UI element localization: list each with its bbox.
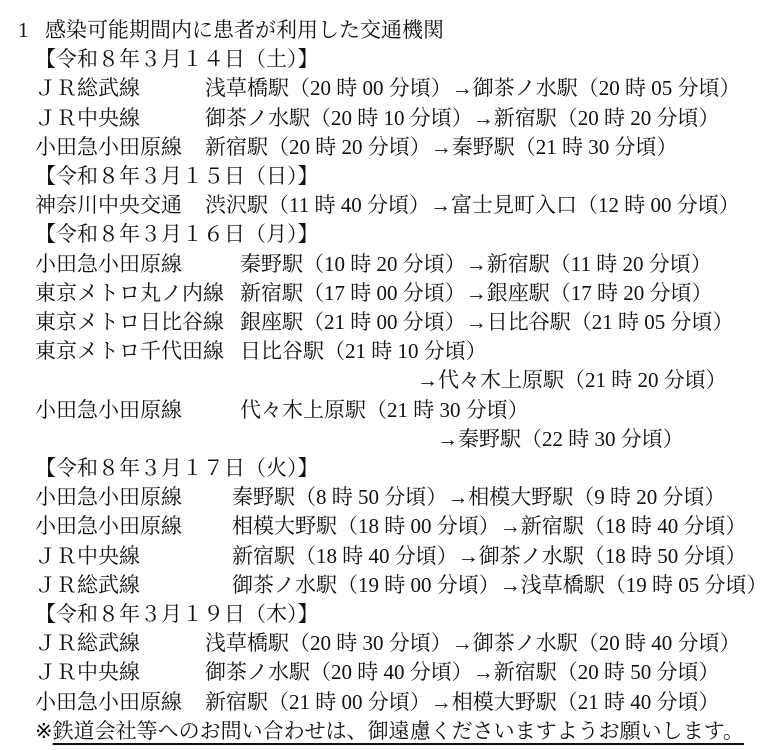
date-heading: 【令和８年３月１９日（木）】 bbox=[35, 600, 763, 629]
route-text: 相模大野駅（18 時 00 分頃）→新宿駅（18 時 40 分頃） bbox=[232, 512, 747, 541]
route-text: 新宿駅（20 時 20 分頃）→秦野駅（21 時 30 分頃） bbox=[205, 133, 678, 162]
route-text: 浅草橋駅（20 時 00 分頃）→御茶ノ水駅（20 時 05 分頃） bbox=[205, 74, 741, 103]
transit-row: 小田急小田原線新宿駅（21 時 00 分頃）→相模大野駅（21 時 40 分頃） bbox=[35, 688, 763, 717]
document-page: 1 感染可能期間内に患者が利用した交通機関 【令和８年３月１４日（土）】ＪＲ総武… bbox=[0, 0, 769, 750]
date-heading: 【令和８年３月１４日（土）】 bbox=[35, 45, 763, 74]
date-heading: 【令和８年３月１５日（日）】 bbox=[35, 162, 763, 191]
transit-line-name: ＪＲ中央線 bbox=[35, 104, 205, 133]
transit-row: ＪＲ中央線御茶ノ水駅（20 時 40 分頃）→新宿駅（20 時 50 分頃） bbox=[35, 658, 763, 687]
transit-line-name: 東京メトロ丸ノ内線 bbox=[35, 279, 240, 308]
route-text: 新宿駅（18 時 40 分頃）→御茶ノ水駅（18 時 50 分頃） bbox=[232, 542, 747, 571]
transit-row: 神奈川中央交通渋沢駅（11 時 40 分頃）→富士見町入口（12 時 00 分頃… bbox=[35, 191, 763, 220]
date-heading: 【令和８年３月１７日（火）】 bbox=[35, 454, 763, 483]
date-heading: 【令和８年３月１６日（月）】 bbox=[35, 220, 763, 249]
route-text: 御茶ノ水駅（20 時 40 分頃）→新宿駅（20 時 50 分頃） bbox=[205, 658, 720, 687]
transit-row: 小田急小田原線代々木上原駅（21 時 30 分頃） bbox=[35, 396, 763, 425]
transit-line-name: 小田急小田原線 bbox=[35, 396, 240, 425]
transit-line-name: 小田急小田原線 bbox=[35, 688, 205, 717]
route-text: 代々木上原駅（21 時 30 分頃） bbox=[240, 396, 529, 425]
transit-line-name: ＪＲ総武線 bbox=[35, 571, 232, 600]
route-text: 日比谷駅（21 時 10 分頃） bbox=[240, 337, 487, 366]
page-title: 感染可能期間内に患者が利用した交通機関 bbox=[45, 16, 444, 45]
transit-line-name: 東京メトロ千代田線 bbox=[35, 337, 240, 366]
transit-line-name: 小田急小田原線 bbox=[35, 133, 205, 162]
route-text: 御茶ノ水駅（19 時 00 分頃）→浅草橋駅（19 時 05 分頃） bbox=[232, 571, 768, 600]
transit-row: 東京メトロ千代田線日比谷駅（21 時 10 分頃） bbox=[35, 337, 763, 366]
transit-line-name: 小田急小田原線 bbox=[35, 483, 232, 512]
transit-row: ＪＲ総武線御茶ノ水駅（19 時 00 分頃）→浅草橋駅（19 時 05 分頃） bbox=[35, 571, 763, 600]
route-text: 銀座駅（21 時 00 分頃）→日比谷駅（21 時 05 分頃） bbox=[240, 308, 734, 337]
transit-row: 小田急小田原線新宿駅（20 時 20 分頃）→秦野駅（21 時 30 分頃） bbox=[35, 133, 763, 162]
transit-line-name: ＪＲ総武線 bbox=[35, 74, 205, 103]
transit-row: ＪＲ中央線御茶ノ水駅（20 時 10 分頃）→新宿駅（20 時 20 分頃） bbox=[35, 104, 763, 133]
route-text: 秦野駅（8 時 50 分頃）→相模大野駅（9 時 20 分頃） bbox=[232, 483, 726, 512]
footer-note: ※ 鉄道会社等へのお問い合わせは、御遠慮くださいますようお願いします。 bbox=[35, 717, 763, 746]
route-text: 新宿駅（17 時 00 分頃）→銀座駅（17 時 20 分頃） bbox=[240, 279, 713, 308]
transit-row: 東京メトロ丸ノ内線新宿駅（17 時 00 分頃）→銀座駅（17 時 20 分頃） bbox=[35, 279, 763, 308]
date-section: 【令和８年３月１７日（火）】小田急小田原線秦野駅（8 時 50 分頃）→相模大野… bbox=[35, 454, 763, 600]
section-title-row: 1 感染可能期間内に患者が利用した交通機関 bbox=[35, 16, 763, 45]
transit-row: 小田急小田原線相模大野駅（18 時 00 分頃）→新宿駅（18 時 40 分頃） bbox=[35, 512, 763, 541]
route-continuation: →代々木上原駅（21 時 20 分頃） bbox=[35, 366, 763, 395]
route-text: 渋沢駅（11 時 40 分頃）→富士見町入口（12 時 00 分頃） bbox=[205, 191, 740, 220]
route-text: 新宿駅（21 時 00 分頃）→相模大野駅（21 時 40 分頃） bbox=[205, 688, 720, 717]
transit-line-name: 神奈川中央交通 bbox=[35, 191, 205, 220]
transit-row: ＪＲ総武線浅草橋駅（20 時 00 分頃）→御茶ノ水駅（20 時 05 分頃） bbox=[35, 74, 763, 103]
date-section: 【令和８年３月１５日（日）】神奈川中央交通渋沢駅（11 時 40 分頃）→富士見… bbox=[35, 162, 763, 220]
transit-line-name: 小田急小田原線 bbox=[35, 512, 232, 541]
transit-line-name: ＪＲ中央線 bbox=[35, 658, 205, 687]
route-text: 御茶ノ水駅（20 時 10 分頃）→新宿駅（20 時 20 分頃） bbox=[205, 104, 720, 133]
note-marker: ※ bbox=[35, 717, 53, 746]
transit-line-name: ＪＲ中央線 bbox=[35, 542, 232, 571]
route-text: 浅草橋駅（20 時 30 分頃）→御茶ノ水駅（20 時 40 分頃） bbox=[205, 629, 741, 658]
note-text: 鉄道会社等へのお問い合わせは、御遠慮くださいますようお願いします。 bbox=[53, 717, 744, 746]
date-section: 【令和８年３月１９日（木）】ＪＲ総武線浅草橋駅（20 時 30 分頃）→御茶ノ水… bbox=[35, 600, 763, 717]
transit-sections: 【令和８年３月１４日（土）】ＪＲ総武線浅草橋駅（20 時 00 分頃）→御茶ノ水… bbox=[35, 45, 763, 717]
date-section: 【令和８年３月１４日（土）】ＪＲ総武線浅草橋駅（20 時 00 分頃）→御茶ノ水… bbox=[35, 45, 763, 162]
transit-line-name: 小田急小田原線 bbox=[35, 250, 240, 279]
date-section: 【令和８年３月１６日（月）】小田急小田原線秦野駅（10 時 20 分頃）→新宿駅… bbox=[35, 220, 763, 454]
transit-line-name: 東京メトロ日比谷線 bbox=[35, 308, 240, 337]
item-number: 1 bbox=[18, 16, 45, 45]
route-continuation: →秦野駅（22 時 30 分頃） bbox=[35, 425, 763, 454]
transit-row: ＪＲ中央線新宿駅（18 時 40 分頃）→御茶ノ水駅（18 時 50 分頃） bbox=[35, 542, 763, 571]
transit-row: 小田急小田原線秦野駅（10 時 20 分頃）→新宿駅（11 時 20 分頃） bbox=[35, 250, 763, 279]
transit-row: 東京メトロ日比谷線銀座駅（21 時 00 分頃）→日比谷駅（21 時 05 分頃… bbox=[35, 308, 763, 337]
transit-line-name: ＪＲ総武線 bbox=[35, 629, 205, 658]
transit-row: ＪＲ総武線浅草橋駅（20 時 30 分頃）→御茶ノ水駅（20 時 40 分頃） bbox=[35, 629, 763, 658]
route-text: 秦野駅（10 時 20 分頃）→新宿駅（11 時 20 分頃） bbox=[240, 250, 712, 279]
transit-row: 小田急小田原線秦野駅（8 時 50 分頃）→相模大野駅（9 時 20 分頃） bbox=[35, 483, 763, 512]
